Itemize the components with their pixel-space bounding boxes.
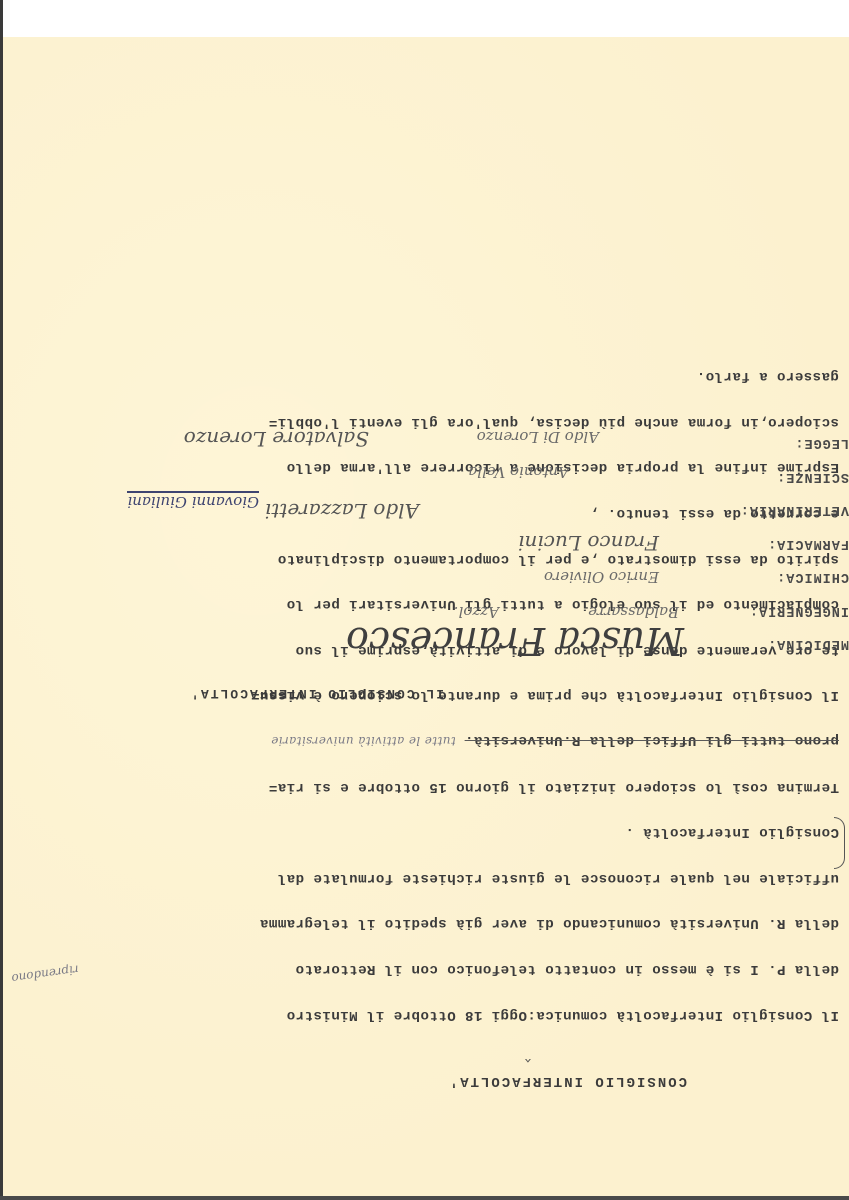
signature-legge-1: Aldo Di Lorenzo [477,428,599,446]
signature-scienze: Antonio Vella [468,463,569,481]
body-line-15: gassero a farlo. [251,368,839,383]
signature-veterinaria-2: Giovanni Giuliani [127,491,259,511]
body-line-4: ufficiale nel quale riconosce le giuste … [251,870,839,885]
faculty-label-medicina: MEDICINA: [767,636,849,651]
scanner-bottom-edge [0,1196,849,1200]
handwritten-insertion: tutte le attività universitarie [271,734,456,748]
faculty-label-farmacia: FARMACIA: [767,536,849,551]
signature-veterinaria-1: Aldo Lazzaretti [265,499,419,523]
signature-heading: IL CONSIGLIO INTERFACOLTA' [189,686,444,701]
struck-text: prono tutti gli Uffici della R.Universit… [465,732,839,748]
signature-ingegneria-2: Azzol. [454,603,499,621]
document-content-rotated: CONSIGLIO INTERFACOLTA' Il Consiglio Int… [3,37,849,1196]
margin-bracket [834,817,845,869]
signature-chimica: Enrico Oliviero [544,568,659,586]
faculty-label-scienze: SCIENZE: [776,469,849,484]
body-line-6: Termina così lo sciopero iniziato il gio… [251,778,839,793]
body-line-2: della P. I si è messo in contatto telefo… [251,961,839,976]
body-line-1: Il Consiglio Interfacoltà comunica:Oggi … [251,1006,839,1021]
document-page: CONSIGLIO INTERFACOLTA' Il Consiglio Int… [3,37,849,1196]
margin-handwritten-note: riprendono [11,962,80,985]
faculty-label-ingegneria: INGEGNERIA: [749,603,849,618]
insertion-caret: ‸ [525,1058,531,1079]
faculty-label-veterinaria: VETERINARIA: [740,502,849,517]
signature-legge-2: Salvatore Lorenzo [184,427,369,451]
document-title: CONSIGLIO INTERFACOLTA' [448,1073,687,1089]
faculty-label-chimica: CHIMICA: [776,569,849,584]
signature-ingegneria-1: Baldassarre [588,603,679,621]
signature-farmacia: Franco Lucini [518,531,659,555]
body-line-3: della R. Università comunicando di aver … [251,915,839,930]
body-line-5: Consiglio Interfacoltà . [251,824,839,839]
faculty-label-legge: LEGGE: [794,435,849,450]
body-line-7: prono tutti gli Uffici della R.Universit… [251,733,839,748]
signature-medicina: Musca Francesco [346,619,684,663]
